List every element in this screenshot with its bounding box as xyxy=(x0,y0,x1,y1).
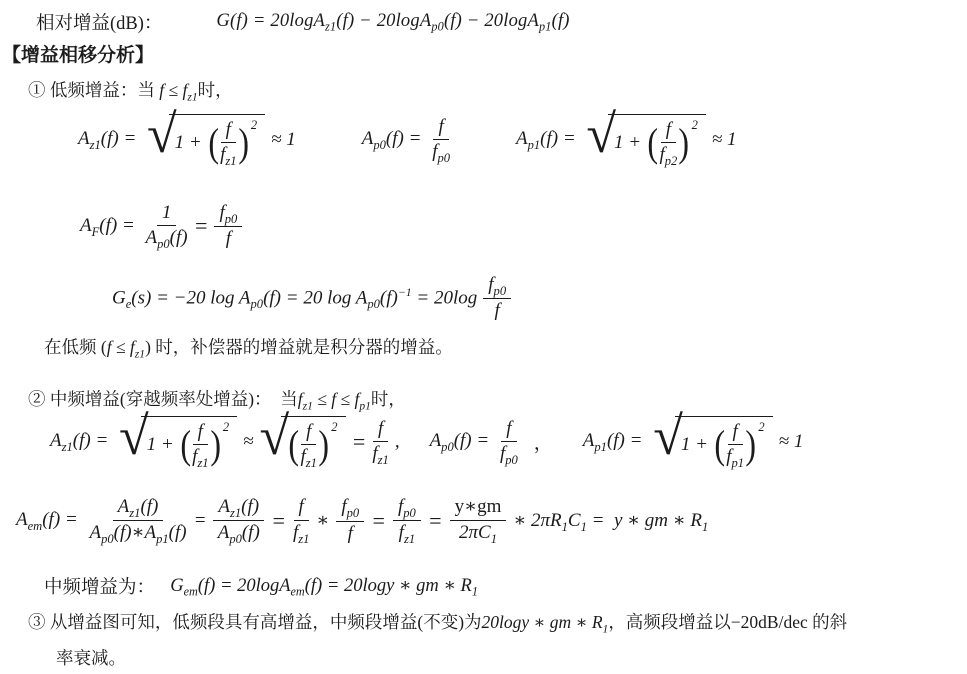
sub-em: em xyxy=(184,584,198,598)
args: (f) = xyxy=(42,509,82,530)
sub-p1: p1 xyxy=(594,440,607,454)
aem-lhs: Aem(f) = xyxy=(16,509,83,532)
section3-text: 从增益图可知，低频段具有高增益，中频段增益(不变)为 xyxy=(46,612,482,632)
den-sub2: p1 xyxy=(156,532,169,546)
power-2: 2 xyxy=(692,118,698,133)
var-G: G xyxy=(112,287,126,308)
fraction-fp0-over-f: fp0f xyxy=(336,496,364,545)
sub-em: em xyxy=(28,519,43,533)
formula-aem: Aem(f) = Az1(f)Ap0(f)∗Ap1(f) = Az1(f)Ap0… xyxy=(16,496,708,546)
fraction: ffz1 xyxy=(301,421,317,470)
fraction: ffp1 xyxy=(726,421,744,470)
args: (f) = xyxy=(607,430,647,451)
one-plus: 1 + xyxy=(175,132,202,154)
sub-p0: p0 xyxy=(441,440,454,454)
denominator: Ap0(f) xyxy=(146,226,188,250)
fraction-az1-over-ap0: Az1(f)Ap0(f) xyxy=(213,496,264,546)
condition-sub: z1 xyxy=(187,92,197,104)
denominator: f xyxy=(495,299,500,322)
paren-group: (ffp2)2 xyxy=(646,119,698,168)
left-paren: ( xyxy=(714,429,725,462)
circled-2: ② xyxy=(28,389,46,409)
star-1: ∗ xyxy=(316,509,329,532)
section1-intro: ① 低频增益：当 f ≤ fz1时， xyxy=(28,77,233,104)
tail-2piR: ∗ 2πR xyxy=(513,510,561,531)
ap0-lhs: Ap0(f) = xyxy=(430,430,494,453)
radical-icon: √ xyxy=(119,409,149,463)
den-sub: p0 xyxy=(437,151,450,165)
den-A: A xyxy=(218,522,230,543)
den-A: A xyxy=(146,227,158,248)
low-freq-note: 在低频 (f ≤ fz1) 时，补偿器的增益就是积分器的增益。 xyxy=(44,334,453,361)
equals: = xyxy=(352,429,367,455)
denominator: fz1 xyxy=(220,143,236,167)
circled-1: ① xyxy=(28,80,46,100)
num-sub: p0 xyxy=(225,212,238,226)
fraction: ffp2 xyxy=(659,119,677,168)
var-A: A xyxy=(16,509,28,530)
fraction: ffp0 xyxy=(432,116,450,165)
args: (f) = xyxy=(73,430,113,451)
denominator: fz1 xyxy=(301,445,317,469)
left-paren: ( xyxy=(289,429,300,462)
power-neg1: −1 xyxy=(398,286,412,299)
right-paren: ) xyxy=(238,127,249,160)
den-sub: z1 xyxy=(225,154,236,168)
right-paren: ) xyxy=(318,429,329,462)
numerator: y∗gm xyxy=(450,496,507,520)
note-sub: z1 xyxy=(135,349,145,361)
arg: (f) xyxy=(380,287,398,308)
den-sub: p1 xyxy=(732,456,745,470)
mid-gain-line: 中频增益为： Gem(f) = 20logAem(f) = 20logy ∗ g… xyxy=(44,573,478,599)
num-args: (f) xyxy=(140,496,158,517)
relative-gain-line: 相对增益(dB)： G(f) = 20logAz1(f) − 20logAp0(… xyxy=(36,9,570,35)
equals: = xyxy=(194,213,209,239)
radical-icon: √ xyxy=(147,107,177,161)
sub-em-2: em xyxy=(291,584,305,598)
fraction-f-over-fz1: ffz1 xyxy=(293,496,309,545)
paren-group: (ffz1)2 xyxy=(207,119,257,168)
den-sub: p2 xyxy=(665,154,678,168)
num-sub: p0 xyxy=(494,284,507,298)
denominator: f xyxy=(226,227,231,250)
numerator: f xyxy=(373,418,388,442)
ap1-lhs: Ap1(f) = xyxy=(583,430,647,453)
radical-icon: √ xyxy=(586,107,616,161)
formula-ap1-mid: Ap1(f) = √1 +(ffp1)2 ≈ 1 xyxy=(583,414,804,470)
mid-freq-formula-row: Az1(f) = √1 +(ffz1)2 ≈ √(ffz1)2 = ffz1 ,… xyxy=(50,414,803,470)
var-A: A xyxy=(50,430,62,451)
den-sub: z1 xyxy=(306,456,317,470)
sqrt-body: 1 +(ffz1)2 xyxy=(141,416,237,470)
var-A: A xyxy=(362,128,374,149)
var-A: A xyxy=(430,430,442,451)
formula-az1-mid: Az1(f) = √1 +(ffz1)2 ≈ √(ffz1)2 = ffz1 , xyxy=(50,414,400,470)
var-A: A xyxy=(583,430,595,451)
num-sub: p0 xyxy=(347,506,360,520)
right-paren: ) xyxy=(210,429,221,462)
section-heading: 【增益相移分析】 xyxy=(2,40,154,67)
result: = y ∗ gm ∗ R xyxy=(587,510,702,531)
term-1: (s) = −20 log A xyxy=(131,287,250,308)
az1-lhs: Az1(f) = xyxy=(78,128,141,151)
numerator: Az1(f) xyxy=(113,496,164,521)
sub-p0: p0 xyxy=(373,138,386,152)
num-A: A xyxy=(118,496,130,517)
term-1: (f) = 20logA xyxy=(198,576,291,596)
fraction: ffz1 xyxy=(192,421,208,470)
denominator: fp2 xyxy=(659,143,677,167)
left-paren: ( xyxy=(180,429,191,462)
num-sub: z1 xyxy=(230,506,241,520)
sqrt-body: 1 +(ffz1)2 xyxy=(169,114,265,168)
den-sub: z1 xyxy=(298,532,309,546)
tail-C: C xyxy=(568,510,581,531)
fraction-result: ffz1 xyxy=(372,418,388,467)
denominator: Ap0(f) xyxy=(218,521,260,545)
formula-az1-low: Az1(f) = √1 +(ffz1)2 ≈ 1 xyxy=(78,112,296,168)
args: (f) = xyxy=(101,128,141,149)
var-A: A xyxy=(516,128,528,149)
numerator: fp0 xyxy=(483,274,511,299)
sub-p1: p1 xyxy=(539,20,552,34)
sub-1: 1 xyxy=(472,584,478,598)
sub-z1: z1 xyxy=(325,20,336,34)
approx-one: ≈ 1 xyxy=(712,129,737,151)
sqrt: √1 +(ffp1)2 xyxy=(653,414,772,470)
arg-f: (f) xyxy=(552,11,570,31)
cond-mid: ≤ f ≤ f xyxy=(313,389,359,409)
fraction-fp0-over-f: fp0f xyxy=(483,274,511,323)
term-2: (f) = 20 log A xyxy=(263,287,367,308)
denominator: fp1 xyxy=(726,445,744,469)
equals-1: = xyxy=(194,510,207,532)
sqrt-body: (ffz1)2 xyxy=(281,416,345,470)
numerator: fp0 xyxy=(214,202,242,227)
den-A1: A xyxy=(90,522,102,543)
fraction-az1-over-product: Az1(f)Ap0(f)∗Ap1(f) xyxy=(90,496,187,546)
term-2: (f) = 20logy ∗ gm ∗ R xyxy=(305,576,472,596)
comma: , xyxy=(395,431,400,453)
numerator: f xyxy=(221,119,236,143)
radical-icon: √ xyxy=(260,409,290,463)
sub-p0: p0 xyxy=(251,297,264,311)
numerator: f xyxy=(728,421,743,445)
var-A: A xyxy=(80,215,92,236)
comma: ， xyxy=(534,428,553,455)
right-paren: ) xyxy=(679,127,690,160)
fraction-fp0-over-fz1: fp0fz1 xyxy=(393,496,421,546)
minus-term-2: (f) − 20logA xyxy=(444,11,539,31)
numerator: fp0 xyxy=(393,496,421,521)
cond-sub-z1: z1 xyxy=(303,401,313,413)
power-2: 2 xyxy=(758,420,764,435)
one-plus: 1 + xyxy=(147,434,174,456)
args: (f) = xyxy=(540,128,580,149)
sqrt-2: √(ffz1)2 xyxy=(260,414,346,470)
paren-group: (ffz1)2 xyxy=(179,421,229,470)
cond-sub-p1: p1 xyxy=(359,401,371,413)
fraction-ygm-over-2pic1: y∗gm2πC1 xyxy=(450,496,507,545)
equals-3: = xyxy=(371,508,386,534)
section3-math: 20logy ∗ gm ∗ R xyxy=(482,612,603,632)
condition-f: f ≤ f xyxy=(159,80,187,100)
relative-gain-formula: G(f) = 20logAz1(f) − 20logAp0(f) − 20log… xyxy=(216,11,569,33)
section1-text-end: 时， xyxy=(198,80,233,100)
section3-text-end: ，高频段增益以−20dB/dec 的斜 xyxy=(608,612,847,632)
note-text: 在低频 ( xyxy=(44,337,107,357)
num-args: (f) xyxy=(241,496,259,517)
sqrt-1: √1 +(ffz1)2 xyxy=(119,414,237,470)
den-sub: p0 xyxy=(505,453,518,467)
az1-lhs: Az1(f) = xyxy=(50,430,113,453)
left-paren: ( xyxy=(208,127,219,160)
den-sub: z1 xyxy=(378,453,389,467)
power-2: 2 xyxy=(331,420,337,435)
numerator: f xyxy=(301,421,316,445)
note-math: f ≤ f xyxy=(107,337,135,357)
approx-one: ≈ 1 xyxy=(779,431,804,453)
numerator: f xyxy=(501,418,516,442)
section3-line2: 率衰减。 xyxy=(56,645,126,670)
equals-2: = xyxy=(271,508,286,534)
sqrt: √1 +(ffp2)2 xyxy=(586,112,705,168)
args: (f) = xyxy=(99,215,139,236)
section2-intro: ② 中频增益(穿越频率处增益)： 当fz1 ≤ f ≤ fp1时， xyxy=(28,386,406,413)
ap0-lhs: Ap0(f) = xyxy=(362,128,426,151)
af-lhs: AF(f) = xyxy=(80,215,140,238)
section3-line1: ③ 从增益图可知，低频段具有高增益，中频段增益(不变)为20logy ∗ gm … xyxy=(28,609,847,636)
formula-af: AF(f) = 1Ap0(f) = fp0f xyxy=(80,202,242,251)
den-var: 2πC xyxy=(459,522,491,543)
fraction-1-over-ap0: 1Ap0(f) xyxy=(146,202,188,251)
right-paren: ) xyxy=(745,429,756,462)
fraction: ffz1 xyxy=(220,119,236,168)
note-text-end: ) 时，补偿器的增益就是积分器的增益。 xyxy=(145,337,453,357)
args: (f) = xyxy=(386,128,426,149)
num-sub: z1 xyxy=(129,506,140,520)
var-G: G xyxy=(170,576,183,596)
var-A: A xyxy=(78,128,90,149)
term-3: = 20log xyxy=(412,287,478,308)
denominator: fp0 xyxy=(432,140,450,164)
power-2: 2 xyxy=(251,118,257,133)
sub-p0: p0 xyxy=(431,20,444,34)
sqrt: √1 +(ffz1)2 xyxy=(147,112,265,168)
relative-gain-label: 相对增益(dB)： xyxy=(36,9,162,35)
ge-expression: Ge(s) = −20 log Ap0(f) = 20 log Ap0(f)−1… xyxy=(112,287,477,311)
formula-ap1-low: Ap1(f) = √1 +(ffp2)2 ≈ 1 xyxy=(516,112,737,168)
paren-group: (ffz1)2 xyxy=(287,421,337,470)
numerator: f xyxy=(433,116,448,140)
sqrt-body: 1 +(ffp1)2 xyxy=(675,416,773,470)
mid-gain-label: 中频增益为： xyxy=(44,573,164,599)
denominator: fz1 xyxy=(372,442,388,466)
one-plus: 1 + xyxy=(614,132,641,154)
num-sub: p0 xyxy=(403,506,416,520)
den-sub: p0 xyxy=(229,532,242,546)
den-sub: 1 xyxy=(491,532,497,546)
den-args: (f) xyxy=(169,522,187,543)
denominator: fz1 xyxy=(399,521,415,545)
formula-ap0-mid: Ap0(f) = ffp0 ， xyxy=(430,418,553,467)
sub-z1: z1 xyxy=(90,138,101,152)
denominator: Ap0(f)∗Ap1(f) xyxy=(90,521,187,545)
denominator: fz1 xyxy=(192,445,208,469)
result-sub: 1 xyxy=(702,519,708,533)
minus-term-1: (f) − 20logA xyxy=(336,11,431,31)
den-mid: (f)∗A xyxy=(114,522,156,543)
numerator: fp0 xyxy=(336,496,364,521)
approx: ≈ xyxy=(243,431,253,453)
left-paren: ( xyxy=(647,127,658,160)
denominator: fz1 xyxy=(293,521,309,545)
sub-z1: z1 xyxy=(62,440,73,454)
den-sub: p0 xyxy=(157,237,170,251)
sub-p0-2: p0 xyxy=(367,297,380,311)
numerator: f xyxy=(193,421,208,445)
numerator: 1 xyxy=(157,202,177,226)
denominator: f xyxy=(348,522,353,545)
den-sub1: p0 xyxy=(101,532,114,546)
sub-p1: p1 xyxy=(528,138,541,152)
section2-text-end: 时， xyxy=(371,389,406,409)
den-sub: z1 xyxy=(197,456,208,470)
den-args: (f) xyxy=(170,227,188,248)
args: (f) = xyxy=(454,430,494,451)
circled-3: ③ xyxy=(28,612,46,632)
equals-4: = xyxy=(428,508,443,534)
power-2: 2 xyxy=(223,420,229,435)
numerator: f xyxy=(661,119,676,143)
fraction-fp0-over-f: fp0f xyxy=(214,202,242,251)
radical-icon: √ xyxy=(653,409,683,463)
sqrt-body: 1 +(ffp2)2 xyxy=(608,114,706,168)
document-page: 相对增益(dB)： G(f) = 20logAz1(f) − 20logAp0(… xyxy=(0,0,967,674)
one-plus: 1 + xyxy=(681,434,708,456)
den-args: (f) xyxy=(242,522,260,543)
gf-term: G(f) = 20logA xyxy=(216,11,325,31)
ap1-lhs: Ap1(f) = xyxy=(516,128,580,151)
num-A: A xyxy=(218,496,230,517)
low-freq-formula-row: Az1(f) = √1 +(ffz1)2 ≈ 1 Ap0(f) = ffp0 A… xyxy=(78,112,737,168)
formula-ap0-low: Ap0(f) = ffp0 xyxy=(362,116,450,165)
formula-ge: Ge(s) = −20 log Ap0(f) = 20 log Ap0(f)−1… xyxy=(112,274,511,323)
section1-text: 低频增益：当 xyxy=(46,80,160,100)
denominator: fp0 xyxy=(500,442,518,466)
approx-one: ≈ 1 xyxy=(271,129,296,151)
den-sub: z1 xyxy=(404,532,415,546)
fraction: ffp0 xyxy=(500,418,518,467)
denominator: 2πC1 xyxy=(459,521,497,545)
numerator: Az1(f) xyxy=(213,496,264,521)
tail-expression: ∗ 2πR1C1 = y ∗ gm ∗ R1 xyxy=(513,509,708,533)
numerator: f xyxy=(294,496,309,520)
paren-group: (ffp1)2 xyxy=(713,421,765,470)
gem-formula: Gem(f) = 20logAem(f) = 20logy ∗ gm ∗ R1 xyxy=(170,575,478,598)
